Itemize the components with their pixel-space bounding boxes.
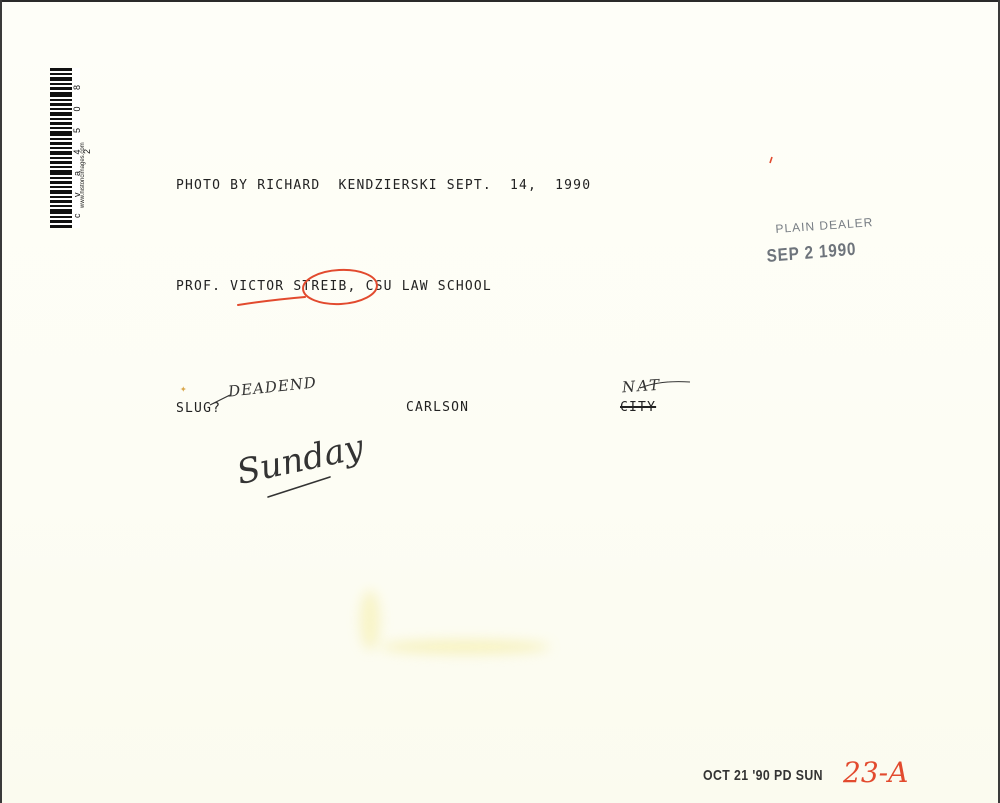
desk-typed: CITY	[620, 400, 656, 415]
publisher-stamp: PLAIN DEALER	[775, 215, 874, 236]
yellow-stain	[380, 640, 550, 654]
page-handwritten: 23-A	[843, 756, 908, 789]
desk-handwritten: NAT	[621, 376, 661, 397]
handwritten-note: Sunday	[233, 427, 367, 493]
subject-suffix: CSU LAW SCHOOL	[357, 279, 492, 294]
gold-star-mark: ✦	[180, 382, 187, 395]
red-tick-mark	[770, 157, 772, 163]
barcode-icon	[50, 68, 72, 228]
received-date-stamp: SEP 2 1990	[766, 239, 857, 267]
subject-last-name: STREIB,	[293, 279, 356, 294]
photo-back-document: c v a 4 5 0 8 2 www.historicimages.com P…	[0, 0, 1000, 803]
scan-edge-top	[0, 0, 1000, 2]
reporter-name: CARLSON	[406, 400, 469, 415]
barcode-label: c v a 4 5 0 8 2 www.historicimages.com	[50, 68, 80, 228]
photo-credit-line: PHOTO BY RICHARD KENDZIERSKI SEPT. 14, 1…	[176, 178, 591, 193]
barcode-website: www.historicimages.com	[80, 98, 86, 208]
publication-stamp: OCT 21 '90 PD SUN	[703, 767, 823, 784]
subject-first-name: VICTOR	[230, 279, 284, 294]
slug-handwritten: DEADEND	[227, 373, 317, 400]
subject-prefix: PROF.	[176, 279, 230, 294]
pen-annotations: ✦	[0, 0, 1000, 803]
scan-edge-left	[0, 0, 2, 803]
slug-label: SLUG?	[176, 401, 221, 416]
red-underline	[238, 297, 305, 305]
yellow-stain	[360, 590, 380, 650]
subject-line: PROF. VICTOR STREIB, CSU LAW SCHOOL	[176, 279, 492, 294]
